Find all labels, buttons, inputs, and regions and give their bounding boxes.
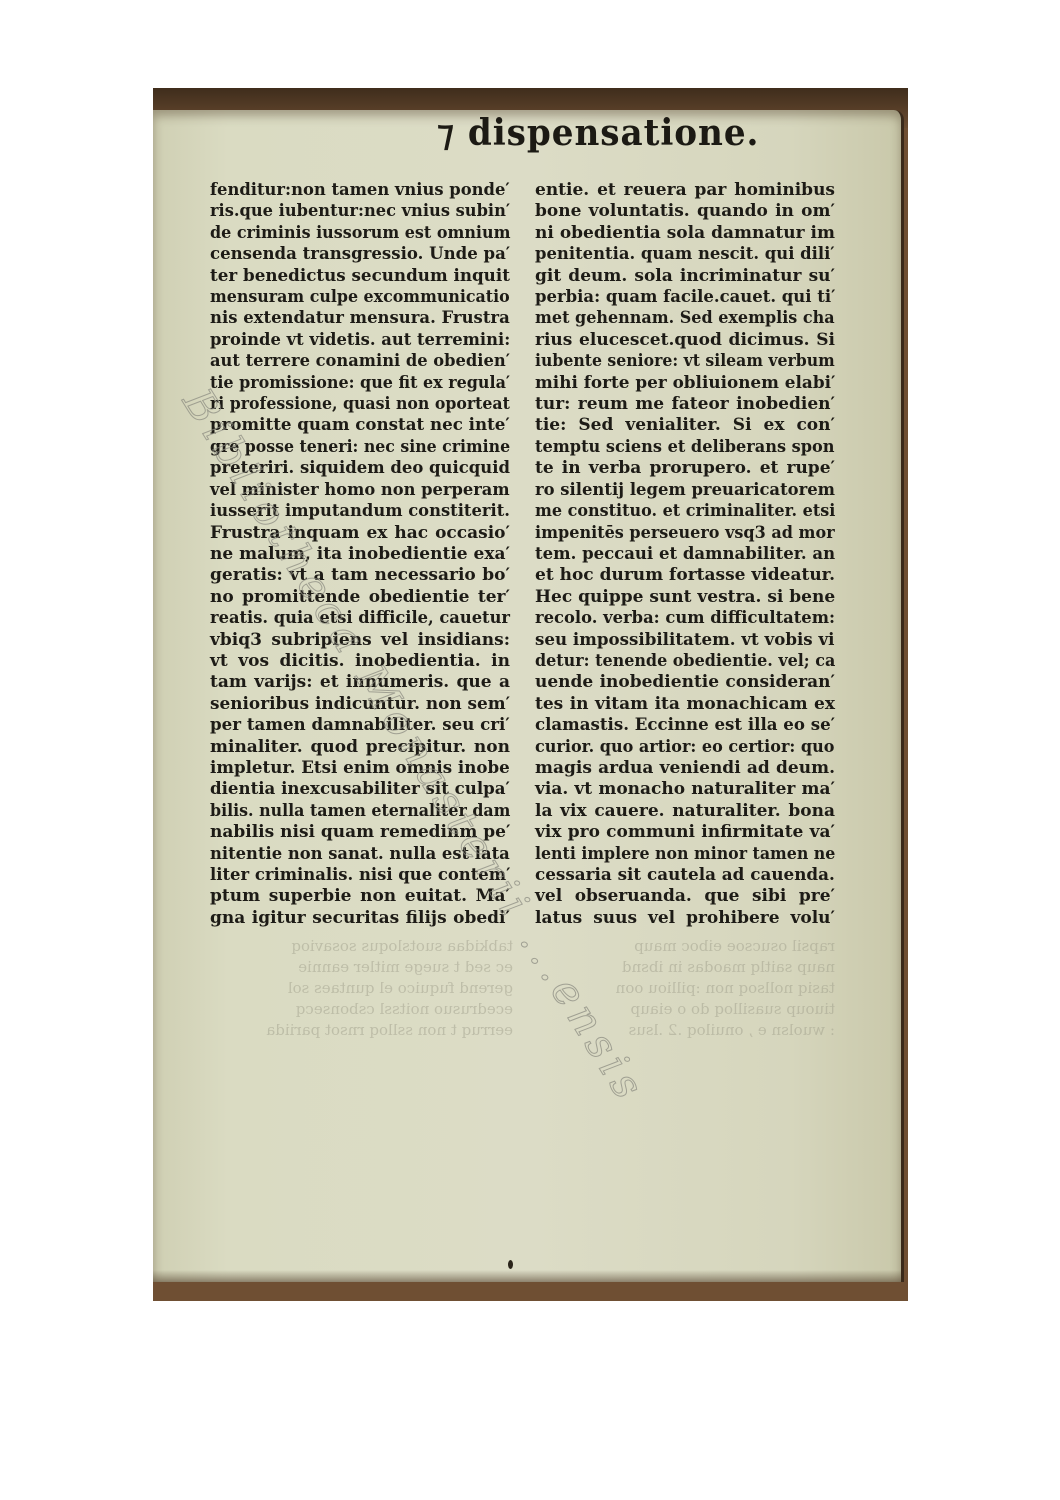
text-line: uende inobedientie consideran′ <box>535 672 835 693</box>
text-line: la vix cauere. naturaliter. bona <box>535 801 835 822</box>
text-line: preteriri. siquidem deo quicquid <box>210 458 500 479</box>
text-line: perbia: quam facile.cauet. qui ti′ <box>535 287 825 308</box>
page-bottom-edge <box>153 1270 901 1282</box>
text-line: gerend fuquico el quntaes sol <box>288 979 513 997</box>
text-line: tes in vitam ita monachicam ex <box>535 694 835 715</box>
text-line: per tamen damnabiliter. seu cri′ <box>210 715 504 736</box>
text-line: nis extendatur mensura. Frustra <box>210 308 500 329</box>
running-head: ⁊ dispensatione. <box>172 112 883 154</box>
text-line: nitentie non sanat. nulla est lata <box>210 844 499 865</box>
text-line: tie promissione: que fit ex regula′ <box>210 373 491 394</box>
text-line: tem. peccaui et damnabiliter. an <box>535 544 826 565</box>
text-line: cessaria sit cautela ad cauenda. <box>535 865 831 886</box>
text-line: ter benedictus secundum inquit <box>210 266 505 287</box>
text-line: mensuram culpe excommunicatio <box>210 287 490 308</box>
signature-mark <box>508 1260 513 1269</box>
text-line: vel obseruanda. que sibi pre′ <box>535 886 835 907</box>
text-line: ptum superbie non euitat. Ma′ <box>210 886 510 907</box>
text-line: entie. et reuera par hominibus <box>535 180 835 201</box>
text-line: me constituo. et criminaliter. etsi <box>535 501 817 522</box>
text-line: : wuolsn e , onuiloq .2 .lsus <box>628 1021 835 1039</box>
text-line: ecedrusuo noitssl csbonsecq <box>296 1000 513 1018</box>
text-line: via. vt monacho naturaliter ma′ <box>535 779 835 800</box>
text-line: no promittende obedientie ter′ <box>210 587 510 608</box>
text-line: vt vos dicitis. inobedientia. in <box>210 651 510 672</box>
text-line: clamastis. Eccinne est illa eo se′ <box>535 715 828 736</box>
text-line: rius elucescet.quod dicimus. Si <box>535 330 835 351</box>
text-line: ne malum, ita inobedientie exa′ <box>210 544 510 565</box>
text-line: penitentia. quam nescit. qui dili′ <box>535 244 825 265</box>
text-line: rapsil osucsoe eiboc maup <box>634 937 835 955</box>
text-line: tiuoup suasilloq do o eiaup <box>631 1000 835 1018</box>
text-line: git deum. sola incriminatur su′ <box>535 266 835 287</box>
text-line: gna igitur securitas filijs obedi′ <box>210 908 510 929</box>
text-line: tam varijs: et innumeris. que a <box>210 672 510 693</box>
text-line: mihi forte per obliuionem elabi′ <box>535 373 832 394</box>
text-line: Hec quippe sunt vestra. si bene <box>535 587 835 608</box>
text-line: temptu sciens et deliberans spon <box>535 437 820 458</box>
text-line: geratis: vt a tam necessario bo′ <box>210 565 510 586</box>
text-line: ec sed t suege mitler eannie <box>298 958 513 976</box>
text-line: naup saitlq maodas in ibsnd <box>622 958 835 976</box>
book-page: ⁊ dispensatione. fenditur:non tamen vniu… <box>153 110 904 1282</box>
text-line: bone voluntatis. quando in om′ <box>535 201 835 222</box>
text-line: tur: reum me fateor inobedien′ <box>535 394 835 415</box>
text-line: tasiq nollsoq non :pilliou oon <box>616 979 835 997</box>
text-line: dientia inexcusabiliter sit culpa′ <box>210 779 503 800</box>
text-line: nabilis nisi quam remedinm pe′ <box>210 822 510 843</box>
right-text-column: entie. et reuera par hominibusbone volun… <box>535 180 835 929</box>
text-line: detur: tenende obedientie. vel; ca <box>535 651 816 672</box>
show-through-left: tabkidaa suotsloqus sosavioqec sed t sue… <box>213 936 513 1041</box>
text-line: impenitēs perseuero vsq3 ad mor <box>535 523 818 544</box>
text-line: curior. quo artior: eo certior: quo <box>535 737 818 758</box>
text-line: magis ardua veniendi ad deum. <box>535 758 835 779</box>
text-line: tabkidaa suotsloqus sosavioq <box>291 937 513 955</box>
text-line: senioribus indicuntur. non sem′ <box>210 694 508 715</box>
text-line: lenti implere non minor tamen ne <box>535 844 814 865</box>
text-line: tie: Sed venialiter. Si ex con′ <box>535 415 835 436</box>
text-line: reatis. quia etsi difficile, cauetur <box>210 608 497 629</box>
text-line: promitte quam constat nec inte′ <box>210 415 504 436</box>
left-text-column: fenditur:non tamen vnius ponde′ris.que i… <box>210 180 510 929</box>
text-line: Frustra inquam ex hac occasio′ <box>210 523 510 544</box>
scanned-page-photo: ⁊ dispensatione. fenditur:non tamen vniu… <box>153 88 908 1301</box>
text-line: recolo. verba: cum difficultatem: <box>535 608 824 629</box>
text-line: de criminis iussorum est omnium <box>210 223 491 244</box>
text-line: vel minister homo non perperam <box>210 480 497 501</box>
text-line: iusserit imputandum constiterit. <box>210 501 499 522</box>
text-line: bilis. nulla tamen eternaliter dam <box>210 801 490 822</box>
text-line: te in verba prorupero. et rupe′ <box>535 458 835 479</box>
text-line: ri professione, quasi non oporteat <box>210 394 488 415</box>
text-line: ris.que iubentur:nec vnius subin′ <box>210 201 497 222</box>
text-line: vix pro communi infirmitate va′ <box>535 822 835 843</box>
show-through-right: rapsil osucsoe eiboc maupnaup saitlq mao… <box>535 936 835 1041</box>
text-line: censenda transgressio. Unde pa′ <box>210 244 502 265</box>
text-line: met gehennam. Sed exemplis cha <box>535 308 817 329</box>
text-line: minaliter. quod precipitur. non <box>210 737 510 758</box>
text-line: iubente seniore: vt sileam verbum <box>535 351 812 372</box>
text-line: ro silentij legem preuaricatorem <box>535 480 825 501</box>
text-line: ni obedientia sola damnatur im <box>535 223 835 244</box>
text-line: liter criminalis. nisi que contem′ <box>210 865 500 886</box>
text-line: eerruq t non sslloq rnsot pariida <box>266 1021 513 1039</box>
text-line: fenditur:non tamen vnius ponde′ <box>210 180 499 201</box>
text-line: latus suus vel prohibere volu′ <box>535 908 835 929</box>
text-line: proinde vt videtis. aut terremini: <box>210 330 499 351</box>
text-line: aut terrere conamini de obedien′ <box>210 351 497 372</box>
text-line: vbiq3 subripiens vel insidians: <box>210 630 510 651</box>
text-line: impletur. Etsi enim omnis inobe <box>210 758 504 779</box>
text-line: seu impossibilitatem. vt vobis vi <box>535 630 829 651</box>
text-line: gre posse teneri: nec sine crimine <box>210 437 488 458</box>
text-line: et hoc durum fortasse videatur. <box>535 565 835 586</box>
